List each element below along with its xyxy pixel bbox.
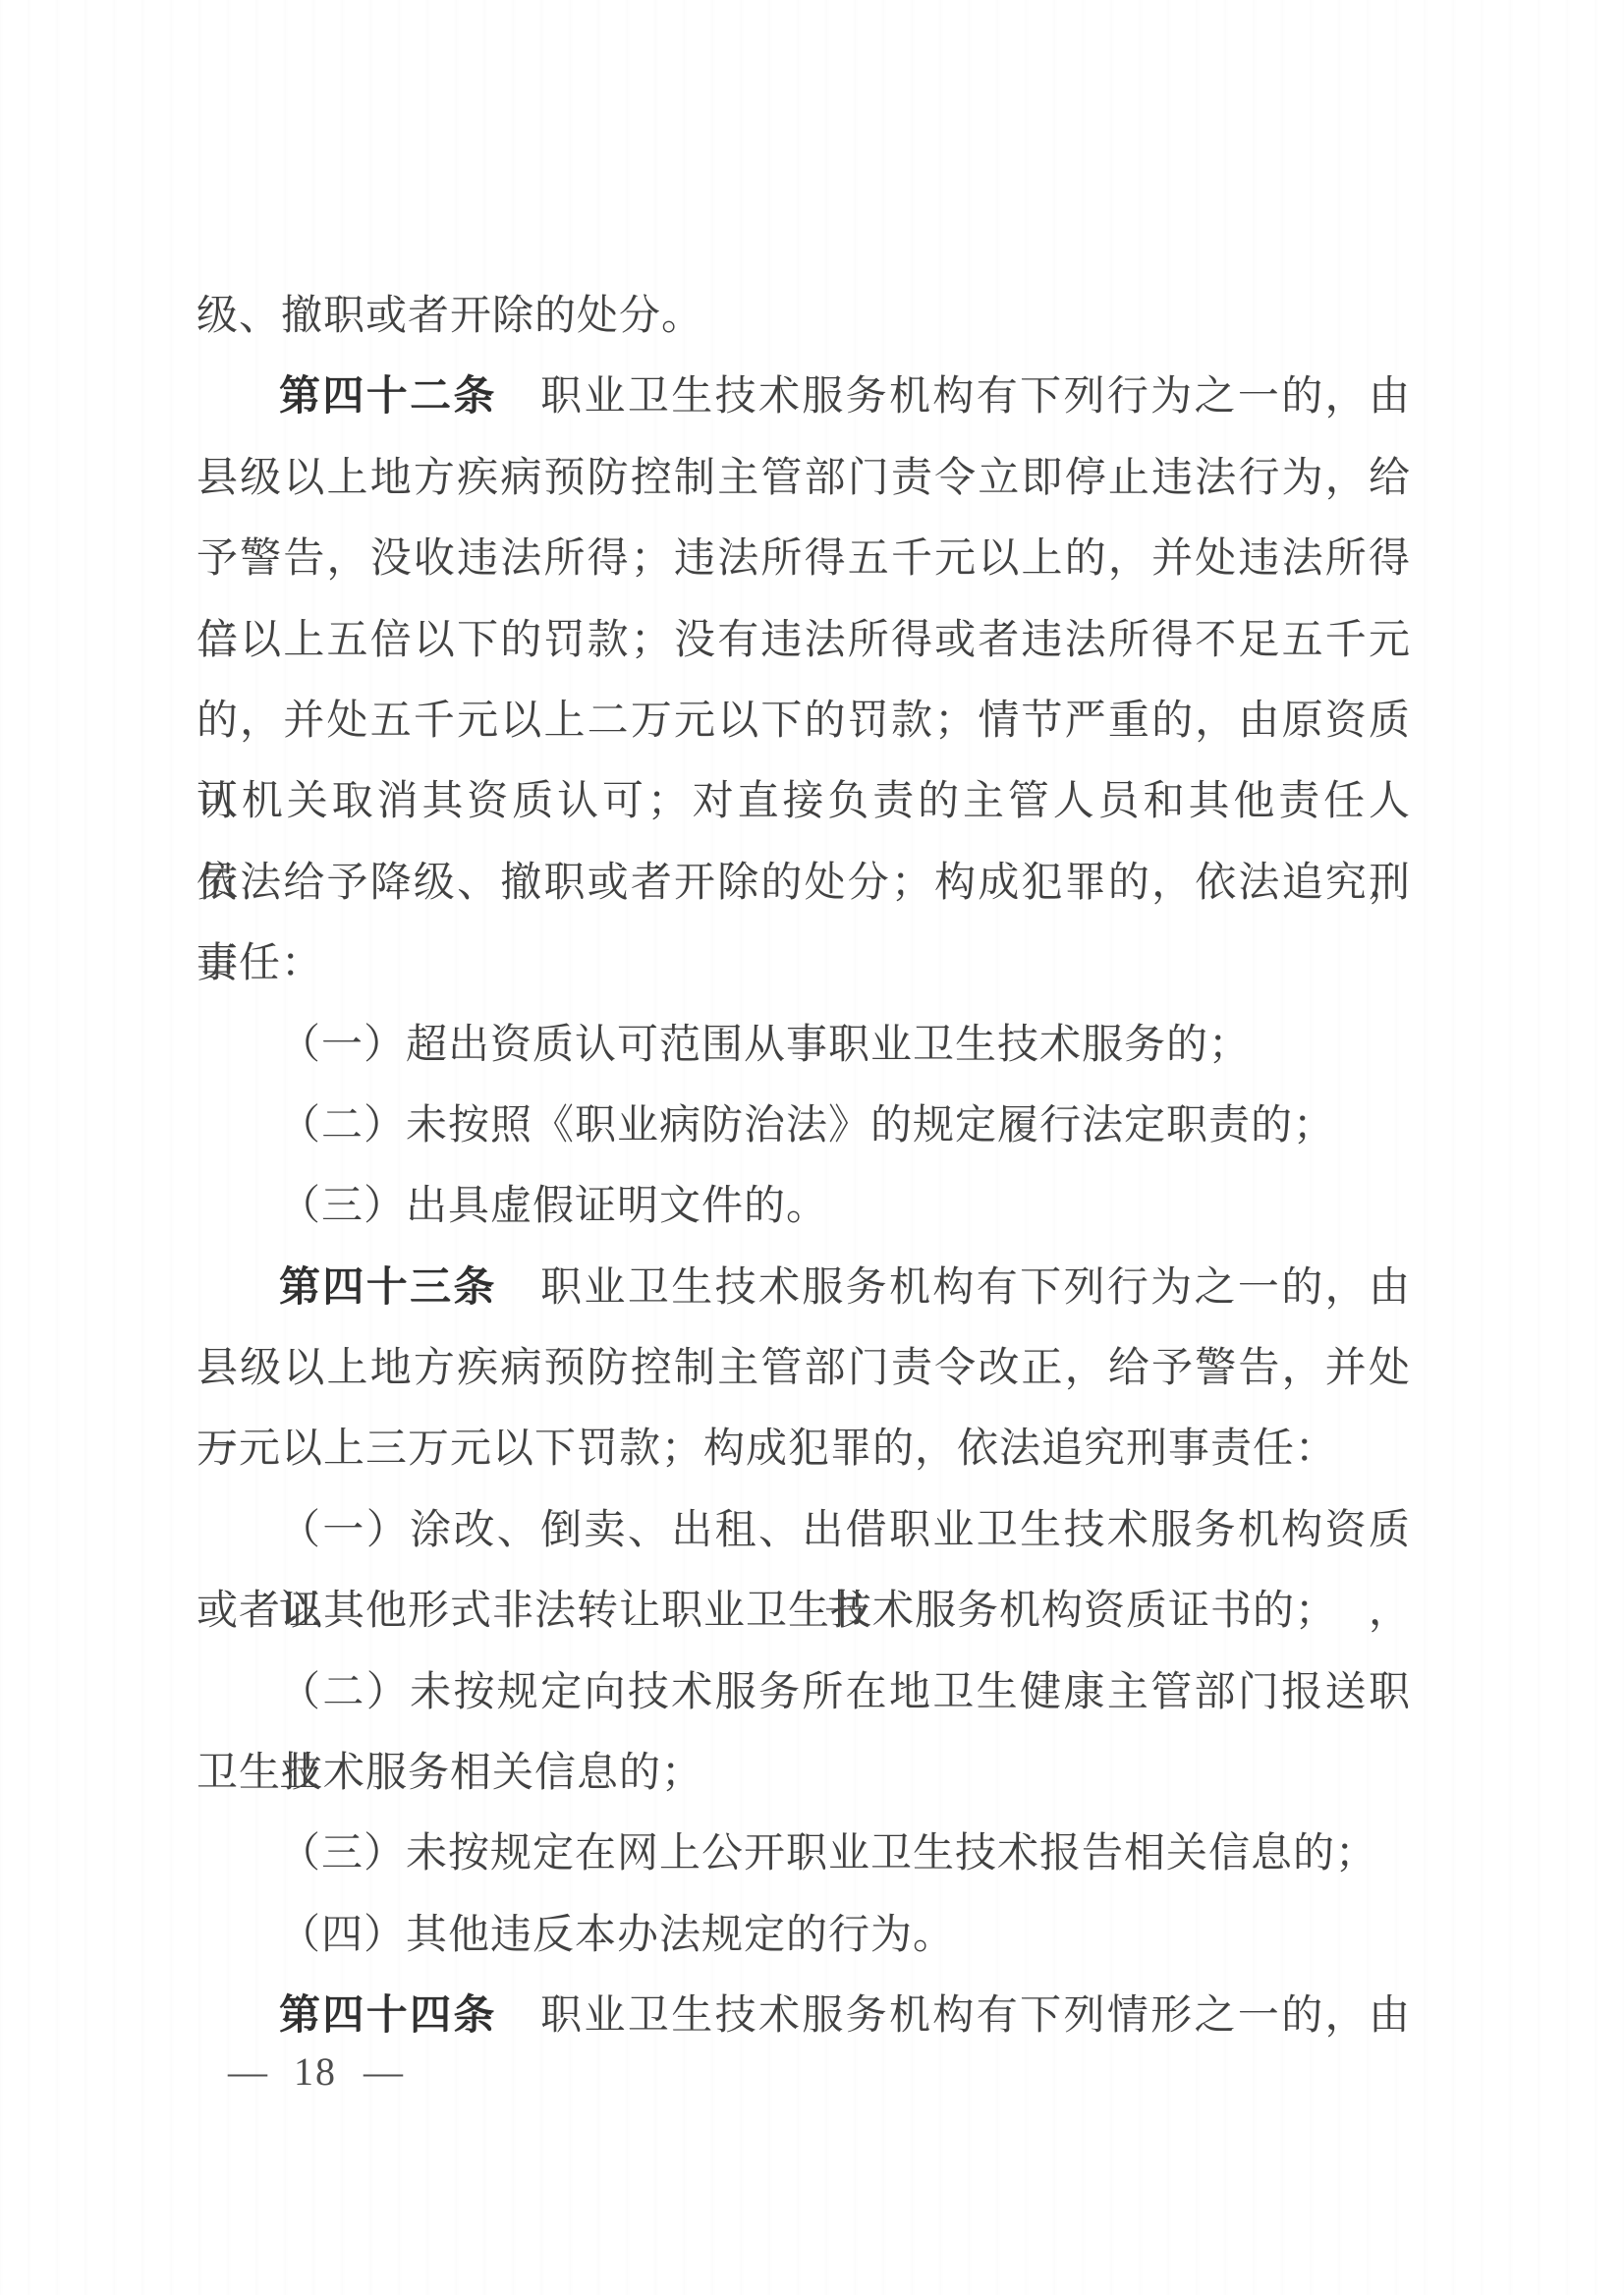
text-line: （二）未按照《职业病防治法》的规定履行法定职责的；	[196, 1086, 1411, 1166]
line-text: （三）未按规定在网上公开职业卫生技术报告相关信息的；	[279, 1831, 1377, 1876]
line-text: 卫生技术服务相关信息的；	[196, 1751, 703, 1796]
article-number: 第四十二条	[279, 374, 497, 420]
text-line: 或者以其他形式非法转让职业卫生技术服务机构资质证书的；	[196, 1571, 1411, 1651]
text-line: （三）出具虚假证明文件的。	[196, 1166, 1411, 1247]
line-text: 或者以其他形式非法转让职业卫生技术服务机构资质证书的；	[196, 1589, 1337, 1634]
line-text: 职业卫生技术服务机构有下列情形之一的，由	[497, 1993, 1411, 2039]
text-line: 可机关取消其资质认可；对直接负责的主管人员和其他责任人员，	[196, 761, 1411, 842]
line-text: （一）超出资质认可范围从事职业卫生技术服务的；	[279, 1023, 1251, 1068]
text-line: 县级以上地方疾病预防控制主管部门责令改正，给予警告，并处一	[196, 1328, 1411, 1409]
line-text: 倍以上五倍以下的罚款；没有违法所得或者违法所得不足五千元	[196, 618, 1411, 663]
text-line: 卫生技术服务相关信息的；	[196, 1733, 1411, 1814]
line-text: （二）未按照《职业病防治法》的规定履行法定职责的；	[279, 1103, 1335, 1148]
line-text: （四）其他违反本办法规定的行为。	[279, 1913, 955, 1958]
line-text: 职业卫生技术服务机构有下列行为之一的，由	[497, 374, 1411, 420]
text-line: 予警告，没收违法所得；违法所得五千元以上的，并处违法所得二	[196, 519, 1411, 599]
text-line: 倍以上五倍以下的罚款；没有违法所得或者违法所得不足五千元	[196, 600, 1411, 681]
footer-dash-right: —	[364, 2045, 403, 2099]
document-body: 级、撤职或者开除的处分。第四十二条 职业卫生技术服务机构有下列行为之一的，由县级…	[196, 276, 1411, 2057]
text-line: （二）未按规定向技术服务所在地卫生健康主管部门报送职业	[196, 1652, 1411, 1733]
line-text: 责任：	[196, 941, 323, 986]
text-line: （四）其他违反本办法规定的行为。	[196, 1895, 1411, 1976]
page-number: 18	[294, 2045, 337, 2099]
line-text: 职业卫生技术服务机构有下列行为之一的，由	[497, 1265, 1411, 1311]
line-text: （三）出具虚假证明文件的。	[279, 1184, 828, 1229]
text-line: 第四十三条 职业卫生技术服务机构有下列行为之一的，由	[196, 1248, 1411, 1328]
text-line: 第四十二条 职业卫生技术服务机构有下列行为之一的，由	[196, 357, 1411, 437]
text-line: 依法给予降级、撤职或者开除的处分；构成犯罪的，依法追究刑事	[196, 843, 1411, 924]
text-line: 万元以上三万元以下罚款；构成犯罪的，依法追究刑事责任：	[196, 1409, 1411, 1489]
line-text: 万元以上三万元以下罚款；构成犯罪的，依法追究刑事责任：	[196, 1427, 1337, 1472]
article-number: 第四十三条	[279, 1265, 497, 1311]
text-line: 责任：	[196, 924, 1411, 1004]
page-footer: —18—	[228, 2045, 403, 2099]
text-line: 的，并处五千元以上二万元以下的罚款；情节严重的，由原资质认	[196, 681, 1411, 761]
text-line: （一）超出资质认可范围从事职业卫生技术服务的；	[196, 1005, 1411, 1086]
line-text: 县级以上地方疾病预防控制主管部门责令立即停止违法行为，给	[196, 456, 1411, 501]
article-number: 第四十四条	[279, 1993, 497, 2039]
line-text: 级、撤职或者开除的处分。	[196, 294, 703, 339]
document-page: { "colors": { "page_background": "#fffff…	[0, 0, 1624, 2295]
text-line: （三）未按规定在网上公开职业卫生技术报告相关信息的；	[196, 1814, 1411, 1894]
text-line: 级、撤职或者开除的处分。	[196, 276, 1411, 357]
footer-dash-left: —	[228, 2045, 267, 2099]
text-line: （一）涂改、倒卖、出租、出借职业卫生技术服务机构资质证书，	[196, 1490, 1411, 1571]
text-line: 县级以上地方疾病预防控制主管部门责令立即停止违法行为，给	[196, 438, 1411, 519]
